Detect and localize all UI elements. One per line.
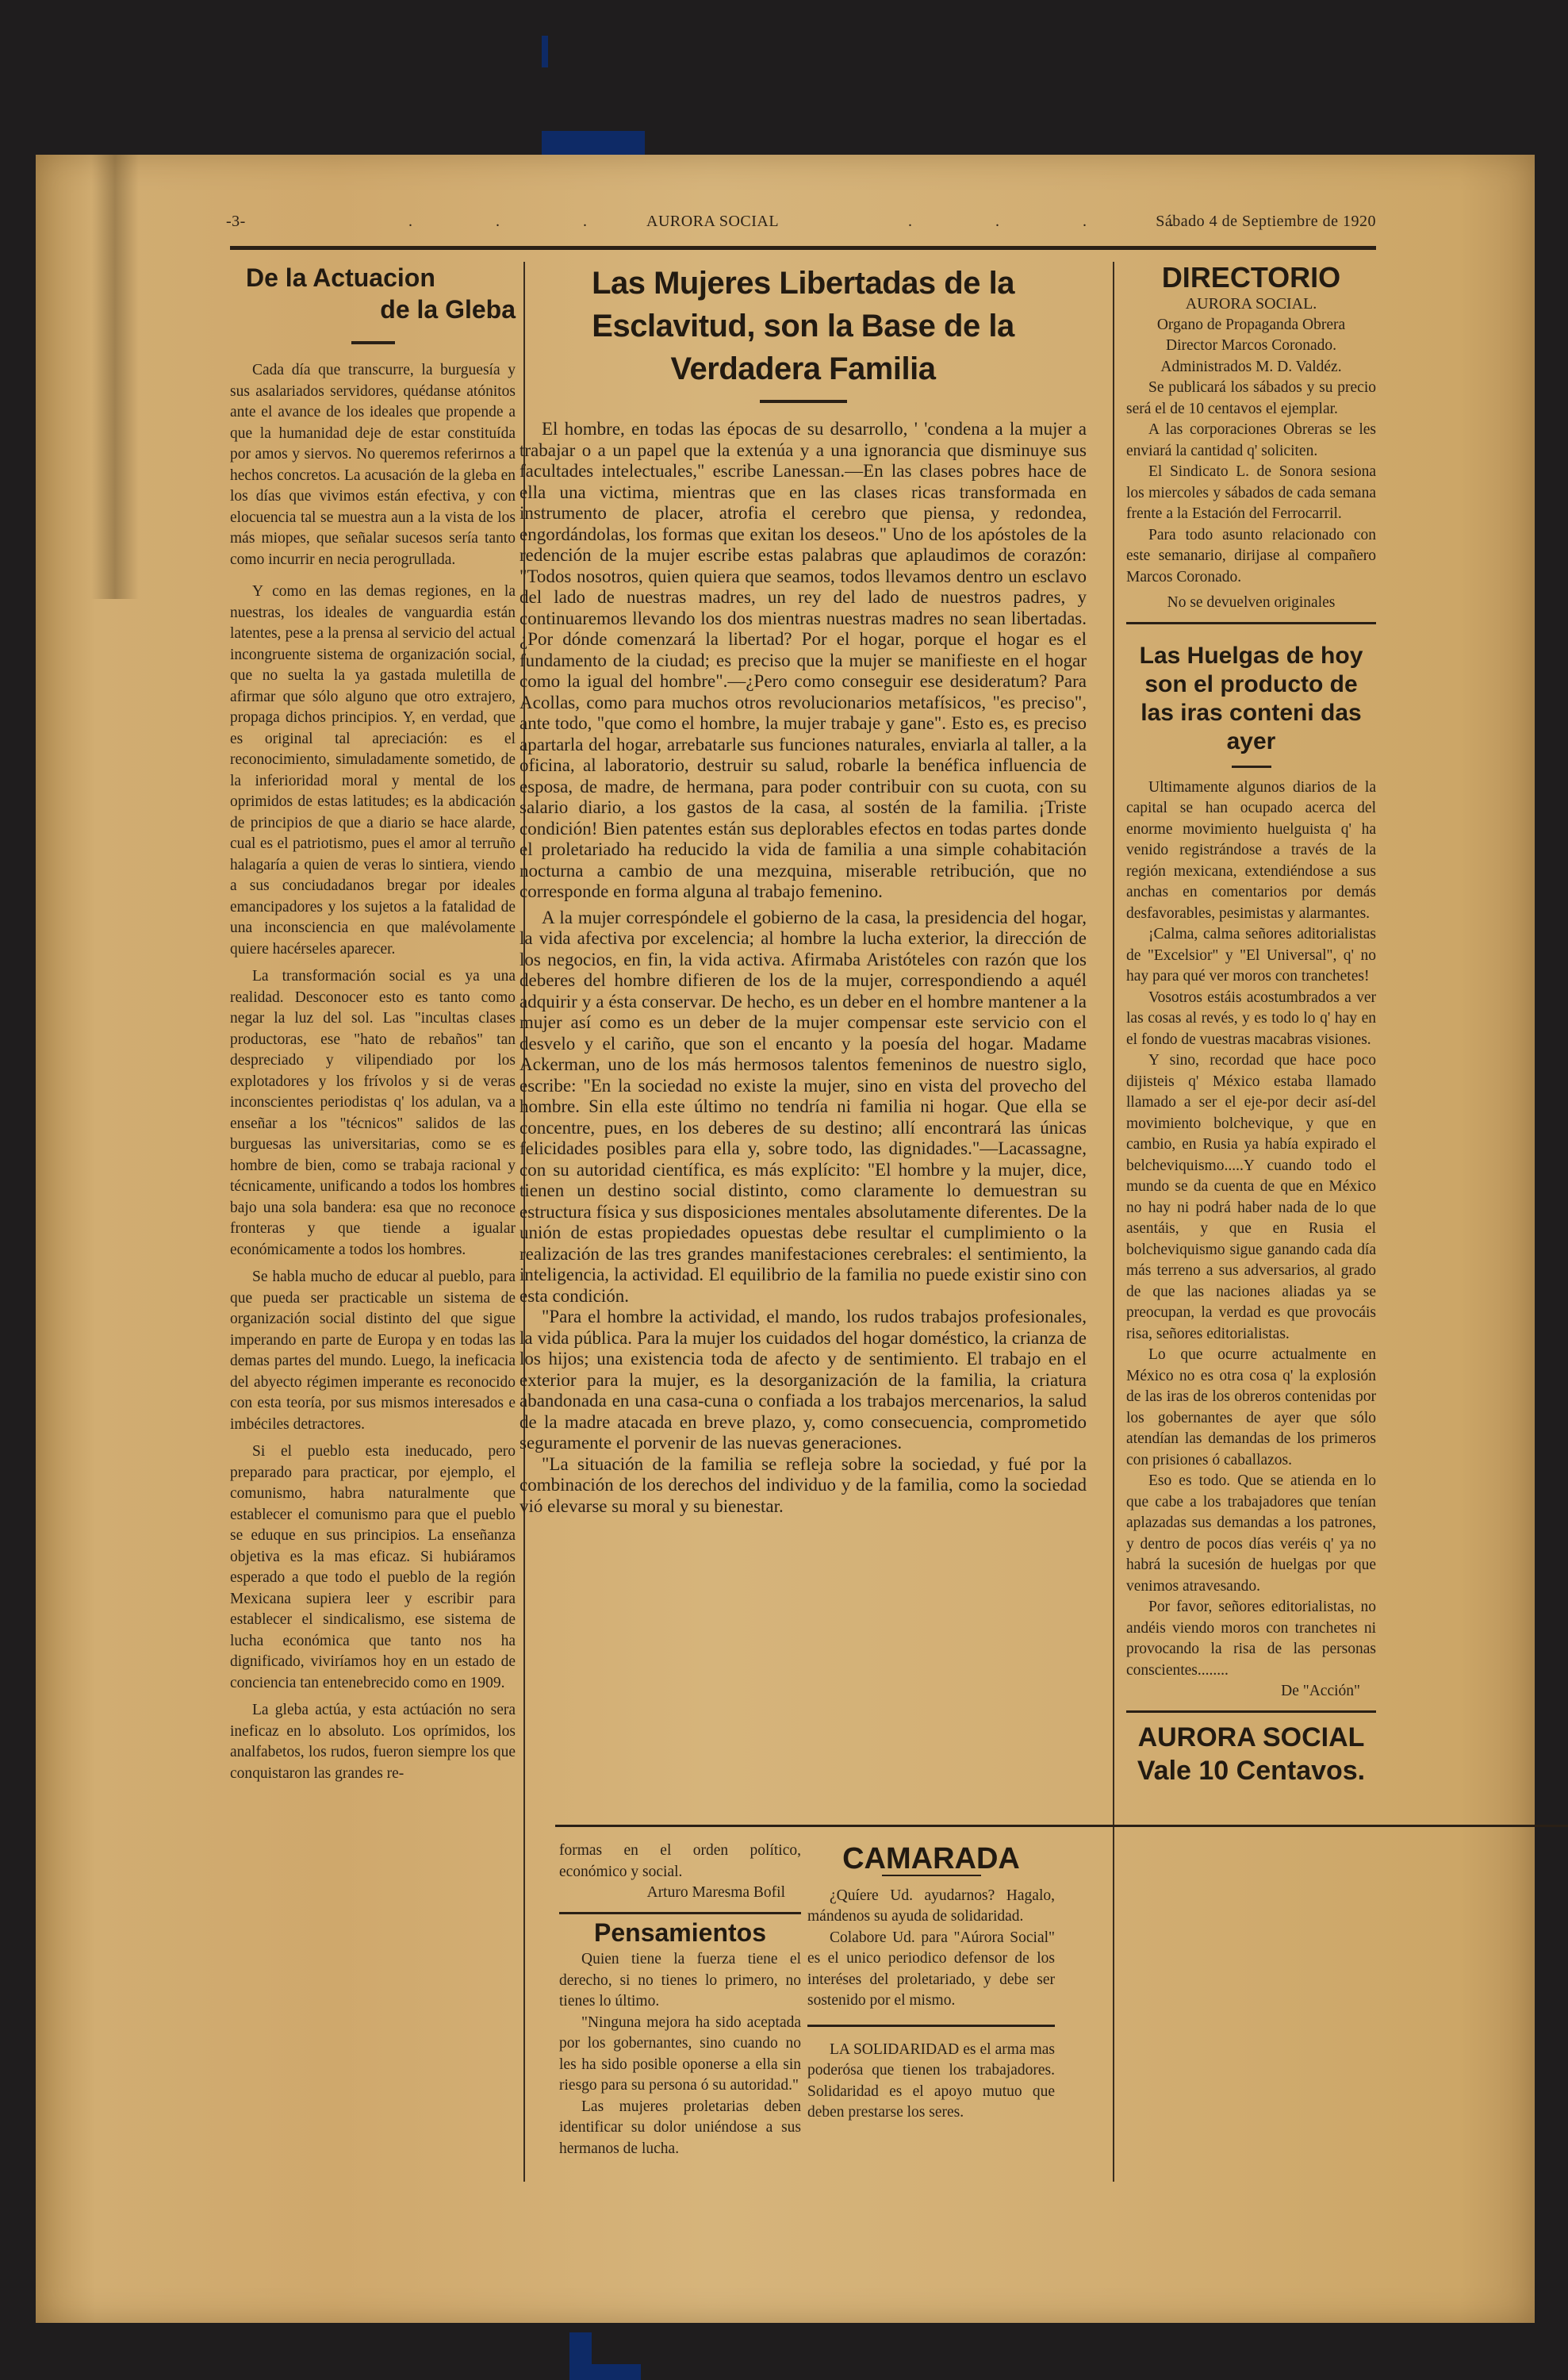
page-number: -3- bbox=[226, 213, 246, 231]
article-mujeres-libertadas: Las Mujeres Libertadas de la Esclavitud,… bbox=[519, 262, 1087, 1517]
section-rule bbox=[559, 1912, 801, 1914]
paragraph: A la mujer correspóndele el gobierno de … bbox=[519, 908, 1087, 1307]
paragraph: Por favor, señores editorialistas, no an… bbox=[1126, 1597, 1376, 1681]
paper-stain bbox=[91, 155, 139, 599]
paragraph: Si el pueblo esta ineducado, pero prepar… bbox=[230, 1441, 516, 1694]
scan-ruler-mark bbox=[542, 36, 548, 67]
paragraph: "Para el hombre la actividad, el mando, … bbox=[519, 1307, 1087, 1454]
directorio-line: Administrados M. D. Valdéz. bbox=[1126, 357, 1376, 378]
paragraph: Se publicará los sábados y su precio ser… bbox=[1126, 378, 1376, 420]
directorio-line: Director Marcos Coronado. bbox=[1126, 336, 1376, 357]
section-rule bbox=[1126, 1710, 1376, 1713]
paragraph: A las corporaciones Obreras se les envia… bbox=[1126, 420, 1376, 462]
ad-title: AURORA SOCIAL bbox=[1126, 1721, 1376, 1754]
paragraph: Lo que ocurre actualmente en México no e… bbox=[1126, 1345, 1376, 1471]
paragraph: Y como en las demas regiones, en la nues… bbox=[230, 582, 516, 960]
right-column: DIRECTORIO AURORA SOCIAL. Organo de Prop… bbox=[1126, 262, 1376, 1787]
paragraph: El Sindicato L. de Sonora sesiona los mi… bbox=[1126, 462, 1376, 525]
header-rule bbox=[230, 246, 1376, 250]
paragraph: ¿Quíere Ud. ayudarnos? Hagalo, mándenos … bbox=[807, 1886, 1055, 1928]
paragraph: ¡Calma, calma señores aditorialistas de … bbox=[1126, 924, 1376, 988]
camarada-title: CAMARADA bbox=[807, 1848, 1055, 1870]
newspaper-name: AURORA SOCIAL bbox=[646, 213, 779, 231]
camarada-box: CAMARADA ¿Quíere Ud. ayudarnos? Hagalo, … bbox=[807, 1841, 1055, 2124]
paragraph: Eso es todo. Que se atienda en lo que ca… bbox=[1126, 1471, 1376, 1597]
issue-date: Sábado 4 de Septiembre de 1920 bbox=[1156, 213, 1376, 231]
directorio-line: Organo de Propaganda Obrera bbox=[1126, 315, 1376, 336]
paragraph: La transformación social es ya una reali… bbox=[230, 966, 516, 1261]
solidaridad-text: LA SOLIDARIDAD es el arma mas poderósa q… bbox=[807, 2040, 1055, 2124]
column-divider bbox=[1113, 262, 1114, 2182]
headline: Las Huelgas de hoy son el producto de la… bbox=[1126, 642, 1376, 756]
paragraph: Se habla mucho de educar al pueblo, para… bbox=[230, 1267, 516, 1435]
paragraph: "La situación de la familia se refleja s… bbox=[519, 1454, 1087, 1518]
page-header: -3- . . . . AURORA SOCIAL . . . . Sábado… bbox=[226, 213, 1376, 236]
section-rule bbox=[807, 2025, 1055, 2027]
paragraph: Y sino, recordad que hace poco dijisteis… bbox=[1126, 1050, 1376, 1345]
scan-ruler-mark bbox=[569, 2364, 641, 2380]
paragraph: Quien tiene la fuerza tiene el derecho, … bbox=[559, 1949, 801, 2013]
paragraph: El hombre, en todas las épocas de su des… bbox=[519, 419, 1087, 903]
divider bbox=[760, 400, 847, 403]
directorio-name: AURORA SOCIAL. bbox=[1126, 294, 1376, 315]
pensamientos-title: Pensamientos bbox=[559, 1922, 801, 1944]
directorio-note: No se devuelven originales bbox=[1126, 593, 1376, 614]
paragraph: "Ninguna mejora ha sido aceptada por los… bbox=[559, 2013, 801, 2097]
directorio-title: DIRECTORIO bbox=[1126, 262, 1376, 294]
continuation-and-pensamientos: formas en el orden político, económico y… bbox=[559, 1841, 801, 2159]
paragraph: Colabore Ud. para "Aúrora Social" es el … bbox=[807, 1928, 1055, 2012]
paragraph: Ultimamente algunos diarios de la capita… bbox=[1126, 777, 1376, 925]
paragraph: Vosotros estáis acostumbrados a ver las … bbox=[1126, 988, 1376, 1051]
paragraph: Cada día que transcurre, la burguesía y … bbox=[230, 360, 516, 570]
paragraph: Las mujeres proletarias deben identifica… bbox=[559, 2097, 801, 2160]
source-credit: De "Acción" bbox=[1126, 1681, 1376, 1702]
continuation-text: formas en el orden político, económico y… bbox=[559, 1841, 801, 1883]
section-rule bbox=[1126, 622, 1376, 624]
paragraph: La gleba actúa, y esta actúación no sera… bbox=[230, 1700, 516, 1784]
divider bbox=[351, 341, 395, 344]
ad-price: Vale 10 Centavos. bbox=[1126, 1754, 1376, 1787]
article-actuacion-gleba: De la Actuacion de la Gleba Cada día que… bbox=[230, 262, 516, 1784]
divider bbox=[1232, 766, 1271, 768]
headline: Las Mujeres Libertadas de la Esclavitud,… bbox=[519, 262, 1087, 390]
headline: De la Actuacion de la Gleba bbox=[230, 262, 516, 325]
author-signature: Arturo Maresma Bofil bbox=[559, 1883, 801, 1904]
section-rule bbox=[555, 1825, 1568, 1827]
paragraph: Para todo asunto relacionado con este se… bbox=[1126, 525, 1376, 589]
